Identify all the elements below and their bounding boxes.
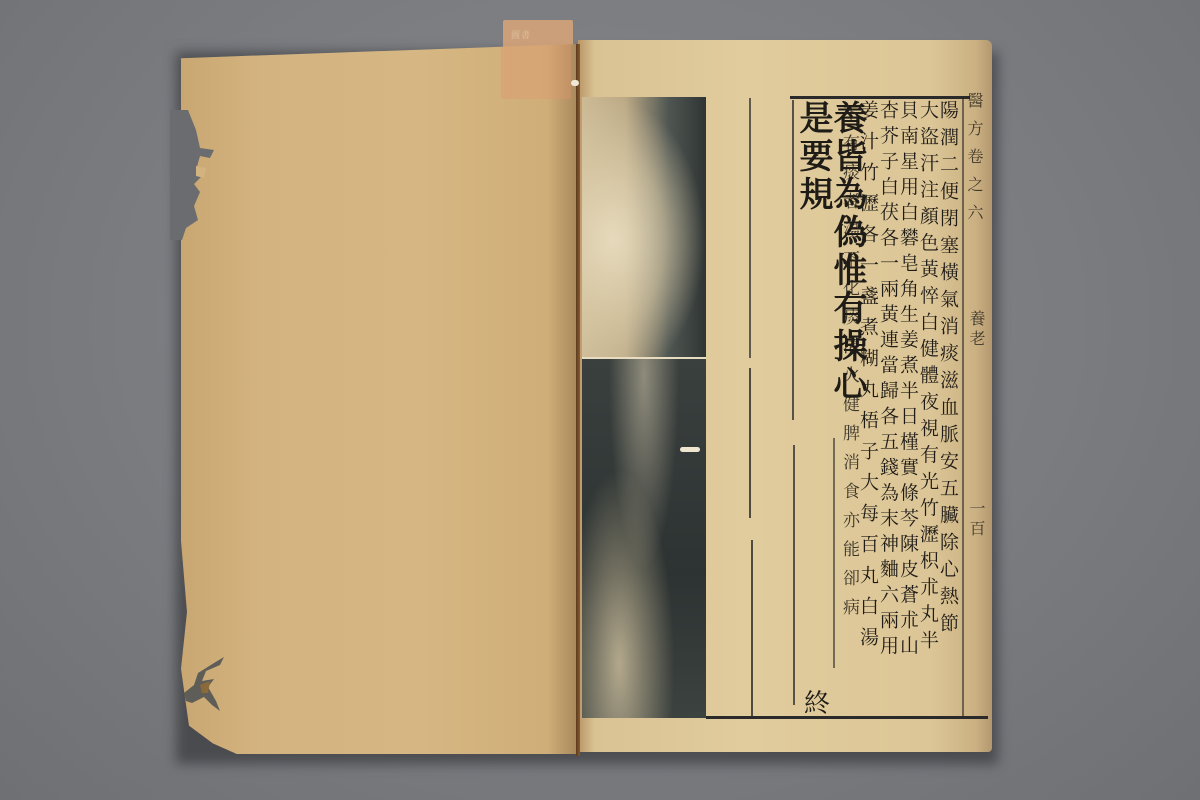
- text-column-6: 大盜汗注顏色黃悴白健體夜視有光竹瀝枳朮丸半: [918, 100, 937, 720]
- page-number: 一百: [968, 500, 984, 560]
- tab-stain: [501, 44, 571, 99]
- text-column-7: 陽潤二便閉塞橫氣消痰滋血脈安五臟除心熱節: [938, 100, 957, 720]
- text-column-3: 姜汁竹瀝各一盞煮糊丸梧子大每百丸白湯: [858, 100, 877, 700]
- illustration-upper: [582, 97, 706, 357]
- library-tab-label: 圖書: [511, 28, 531, 41]
- text-column-4: 杏芥子白茯各一兩黃連當歸各五錢為末神麯六兩用: [878, 100, 897, 720]
- margin-title: 醫方卷之六: [966, 92, 982, 272]
- top-border-rule: [790, 96, 970, 99]
- left-page: [181, 44, 579, 754]
- column-rule-3: [751, 540, 753, 716]
- wormhole-damage-lower: [180, 645, 240, 725]
- column-rule-6: [833, 438, 835, 668]
- book-spine: [576, 44, 580, 756]
- wormhole-damage-upper: [170, 110, 230, 240]
- margin-section: 養老: [968, 310, 984, 370]
- illustration-highlight: [680, 447, 700, 452]
- column-rule-2: [749, 368, 751, 518]
- column-rule-5: [793, 445, 795, 705]
- illustration-lower: [582, 358, 706, 718]
- text-column-5: 貝南星用白礬皂角生姜煮半日槿實條芩陳皮蒼朮山: [898, 100, 917, 720]
- illustration-divider: [582, 357, 706, 359]
- text-column-2: 下有痰者湯下化痰清火健脾消食亦能卻病: [840, 105, 857, 665]
- margin-rule: [962, 96, 964, 716]
- end-mark: 終: [804, 683, 830, 720]
- column-rule-1: [749, 98, 751, 358]
- binding-stitch: [571, 80, 579, 86]
